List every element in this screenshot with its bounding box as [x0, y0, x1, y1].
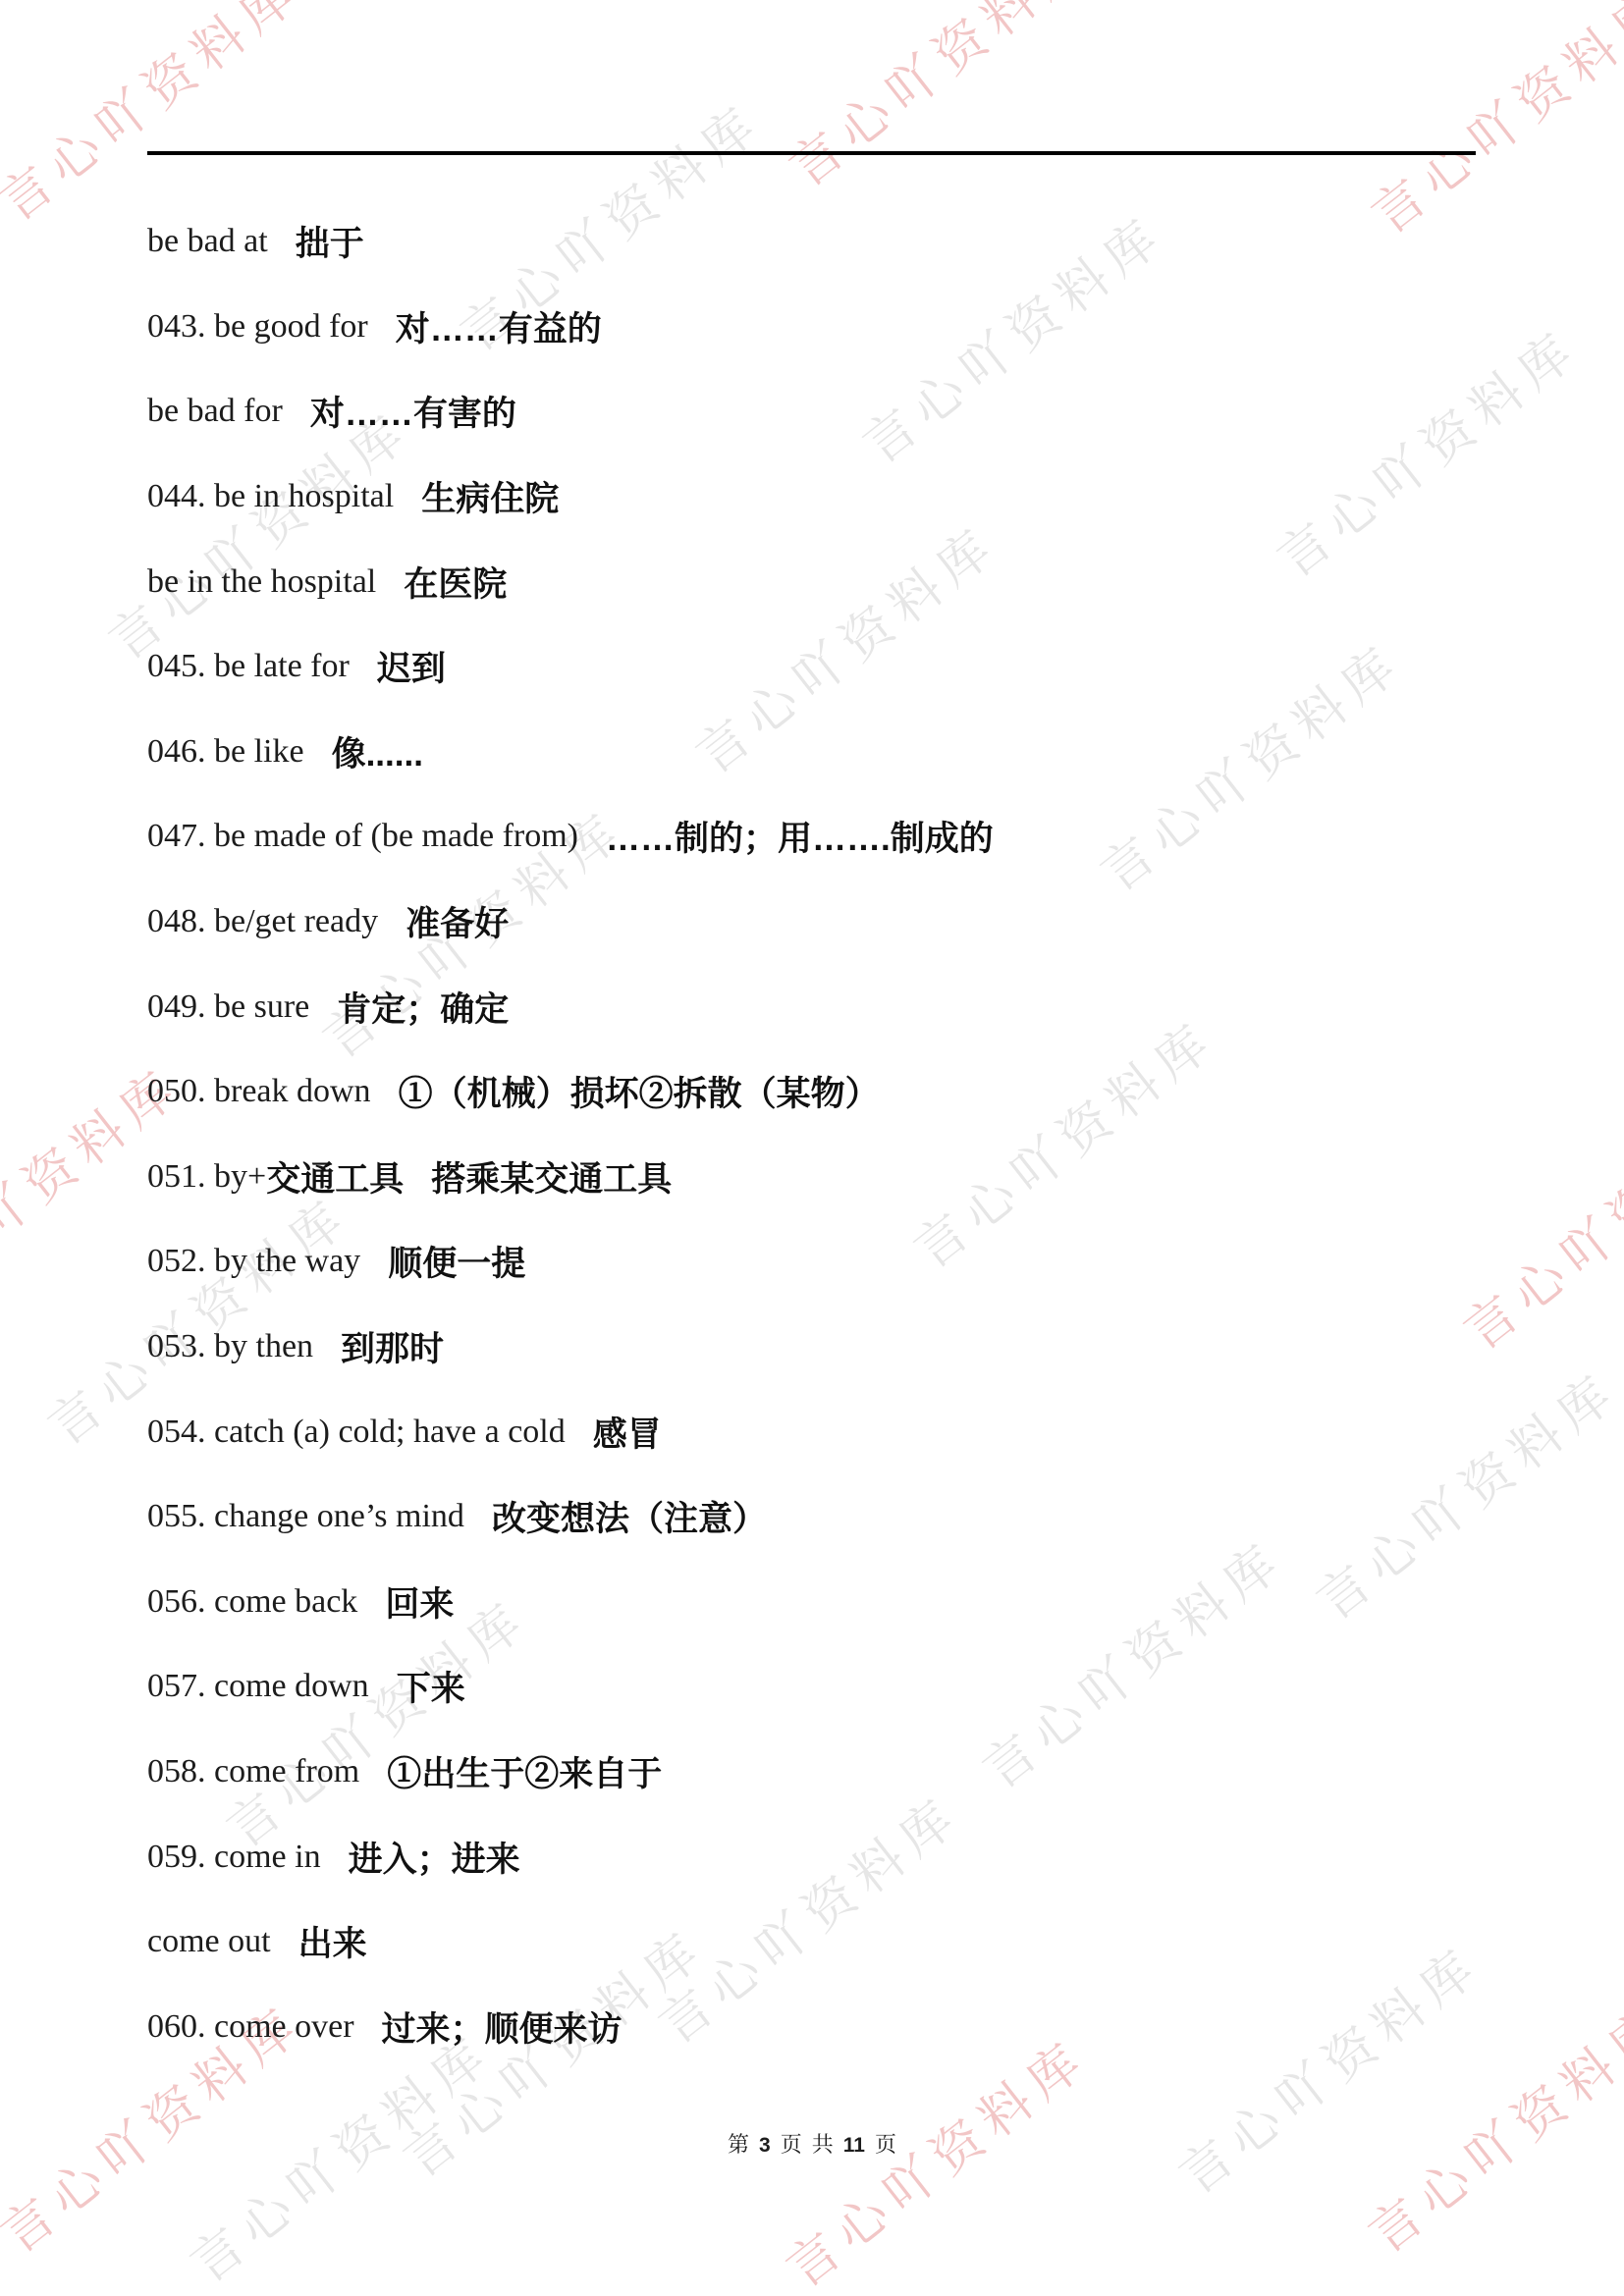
phrase-segment-en: 051. by+ — [147, 1158, 266, 1196]
watermark-text: 言心吖资料库 — [771, 0, 1104, 200]
phrase-line: 048. be/get ready准备好 — [147, 880, 1502, 965]
phrase-segment-en: be bad at — [147, 223, 268, 260]
phrase-segment-en: 049. be sure — [147, 988, 309, 1026]
phrase-segment-zh: 交通工具 — [266, 1152, 404, 1201]
phrase-line: be bad for对……有害的 — [147, 369, 1502, 454]
phrase-segment-zh: 感冒 — [593, 1408, 662, 1457]
phrase-segment-en: 047. be made of (be made from) — [147, 818, 578, 855]
phrase-segment-zh: 像...... — [332, 727, 423, 776]
phrase-line: 045. be late for迟到 — [147, 624, 1502, 710]
phrase-segment-en: be bad for — [147, 393, 283, 430]
phrase-line: 044. be in hospital生病住院 — [147, 454, 1502, 540]
phrase-segment-zh: 回来 — [385, 1577, 454, 1627]
phrase-segment-en: 054. catch (a) cold; have a cold — [147, 1414, 566, 1451]
phrase-segment-en: 057. come down — [147, 1668, 369, 1705]
phrase-segment-zh: 出来 — [298, 1917, 367, 1966]
footer-label-di: 第 — [728, 2132, 749, 2157]
phrase-line: 043. be good for对……有益的 — [147, 285, 1502, 370]
phrase-segment-zh: 过来；顺便来访 — [382, 2002, 623, 2052]
phrase-segment-en: come out — [147, 1923, 271, 1960]
phrase-segment-zh: ……制的；用…….制成的 — [606, 812, 994, 861]
phrase-line: come out出来 — [147, 1899, 1502, 1985]
phrase-segment-en: 058. come from — [147, 1753, 359, 1790]
phrase-segment-zh: ①出生于②来自于 — [387, 1747, 662, 1796]
phrase-line: 057. come down下来 — [147, 1644, 1502, 1730]
phrase-line: 053. by then到那时 — [147, 1305, 1502, 1390]
phrase-segment-zh: 生病住院 — [421, 472, 559, 521]
phrase-segment-zh: 改变想法（注意） — [492, 1492, 767, 1541]
phrase-segment-en: 044. be in hospital — [147, 478, 394, 515]
phrase-line: 049. be sure肯定；确定 — [147, 964, 1502, 1049]
phrase-line: 051. by+交通工具搭乘某交通工具 — [147, 1135, 1502, 1220]
footer-label-ye2: 页 — [875, 2132, 896, 2157]
footer-label-ye1: 页 — [781, 2132, 802, 2157]
phrase-segment-en: 060. come over — [147, 2008, 354, 2046]
phrase-line: be bad at拙于 — [147, 199, 1502, 285]
phrase-segment-zh: 顺便一提 — [388, 1237, 525, 1286]
phrase-line: 056. come back回来 — [147, 1560, 1502, 1645]
phrase-segment-zh: 迟到 — [377, 642, 446, 691]
phrase-segment-en: 048. be/get ready — [147, 903, 378, 940]
phrase-segment-en: 053. by then — [147, 1328, 313, 1365]
phrase-line: 054. catch (a) cold; have a cold感冒 — [147, 1389, 1502, 1474]
phrase-list: be bad at拙于043. be good for对……有益的be bad … — [147, 199, 1502, 2069]
phrase-segment-zh: 进入；进来 — [349, 1833, 520, 1882]
phrase-segment-en: 050. break down — [147, 1073, 371, 1110]
footer-page-number: 3 — [759, 2134, 771, 2157]
phrase-segment-en: 045. be late for — [147, 648, 350, 685]
phrase-line: 060. come over过来；顺便来访 — [147, 1984, 1502, 2069]
phrase-segment-zh: 肯定；确定 — [337, 983, 509, 1032]
footer-total-pages: 11 — [843, 2134, 865, 2157]
phrase-segment-zh: 对……有益的 — [396, 302, 602, 351]
phrase-segment-en: be in the hospital — [147, 563, 376, 601]
phrase-segment-en: 046. be like — [147, 733, 304, 771]
page-footer: 第3页共11页 — [0, 2128, 1624, 2159]
phrase-line: 050. break down①（机械）损坏②拆散（某物） — [147, 1049, 1502, 1135]
phrase-segment-zh: 到那时 — [341, 1322, 444, 1371]
phrase-line: 047. be made of (be made from)……制的；用…….制… — [147, 794, 1502, 880]
footer-label-gong: 共 — [812, 2132, 834, 2157]
phrase-line: be in the hospital在医院 — [147, 539, 1502, 624]
phrase-segment-zh: ①（机械）损坏②拆散（某物） — [399, 1067, 880, 1116]
phrase-segment-en: 043. be good for — [147, 308, 368, 346]
phrase-line: 055. change one’s mind改变想法（注意） — [147, 1474, 1502, 1560]
header-rule — [147, 151, 1476, 155]
phrase-segment-en: 055. change one’s mind — [147, 1498, 464, 1535]
document-page: { "page": { "width": 1654, "height": 233… — [0, 0, 1624, 2296]
phrase-line: 059. come in进入；进来 — [147, 1814, 1502, 1899]
phrase-segment-en: 056. come back — [147, 1583, 357, 1621]
phrase-segment-zh: 搭乘某交通工具 — [431, 1152, 672, 1201]
phrase-segment-en: 052. by the way — [147, 1243, 360, 1280]
phrase-segment-zh: 在医院 — [404, 558, 507, 607]
phrase-line: 052. by the way顺便一提 — [147, 1219, 1502, 1305]
phrase-segment-zh: 下来 — [397, 1662, 465, 1711]
phrase-segment-zh: 对……有害的 — [310, 387, 516, 436]
phrase-line: 058. come from①出生于②来自于 — [147, 1730, 1502, 1815]
phrase-line: 046. be like像...... — [147, 710, 1502, 795]
phrase-segment-zh: 拙于 — [296, 217, 364, 266]
phrase-segment-zh: 准备好 — [406, 897, 509, 946]
phrase-segment-en: 059. come in — [147, 1839, 321, 1876]
